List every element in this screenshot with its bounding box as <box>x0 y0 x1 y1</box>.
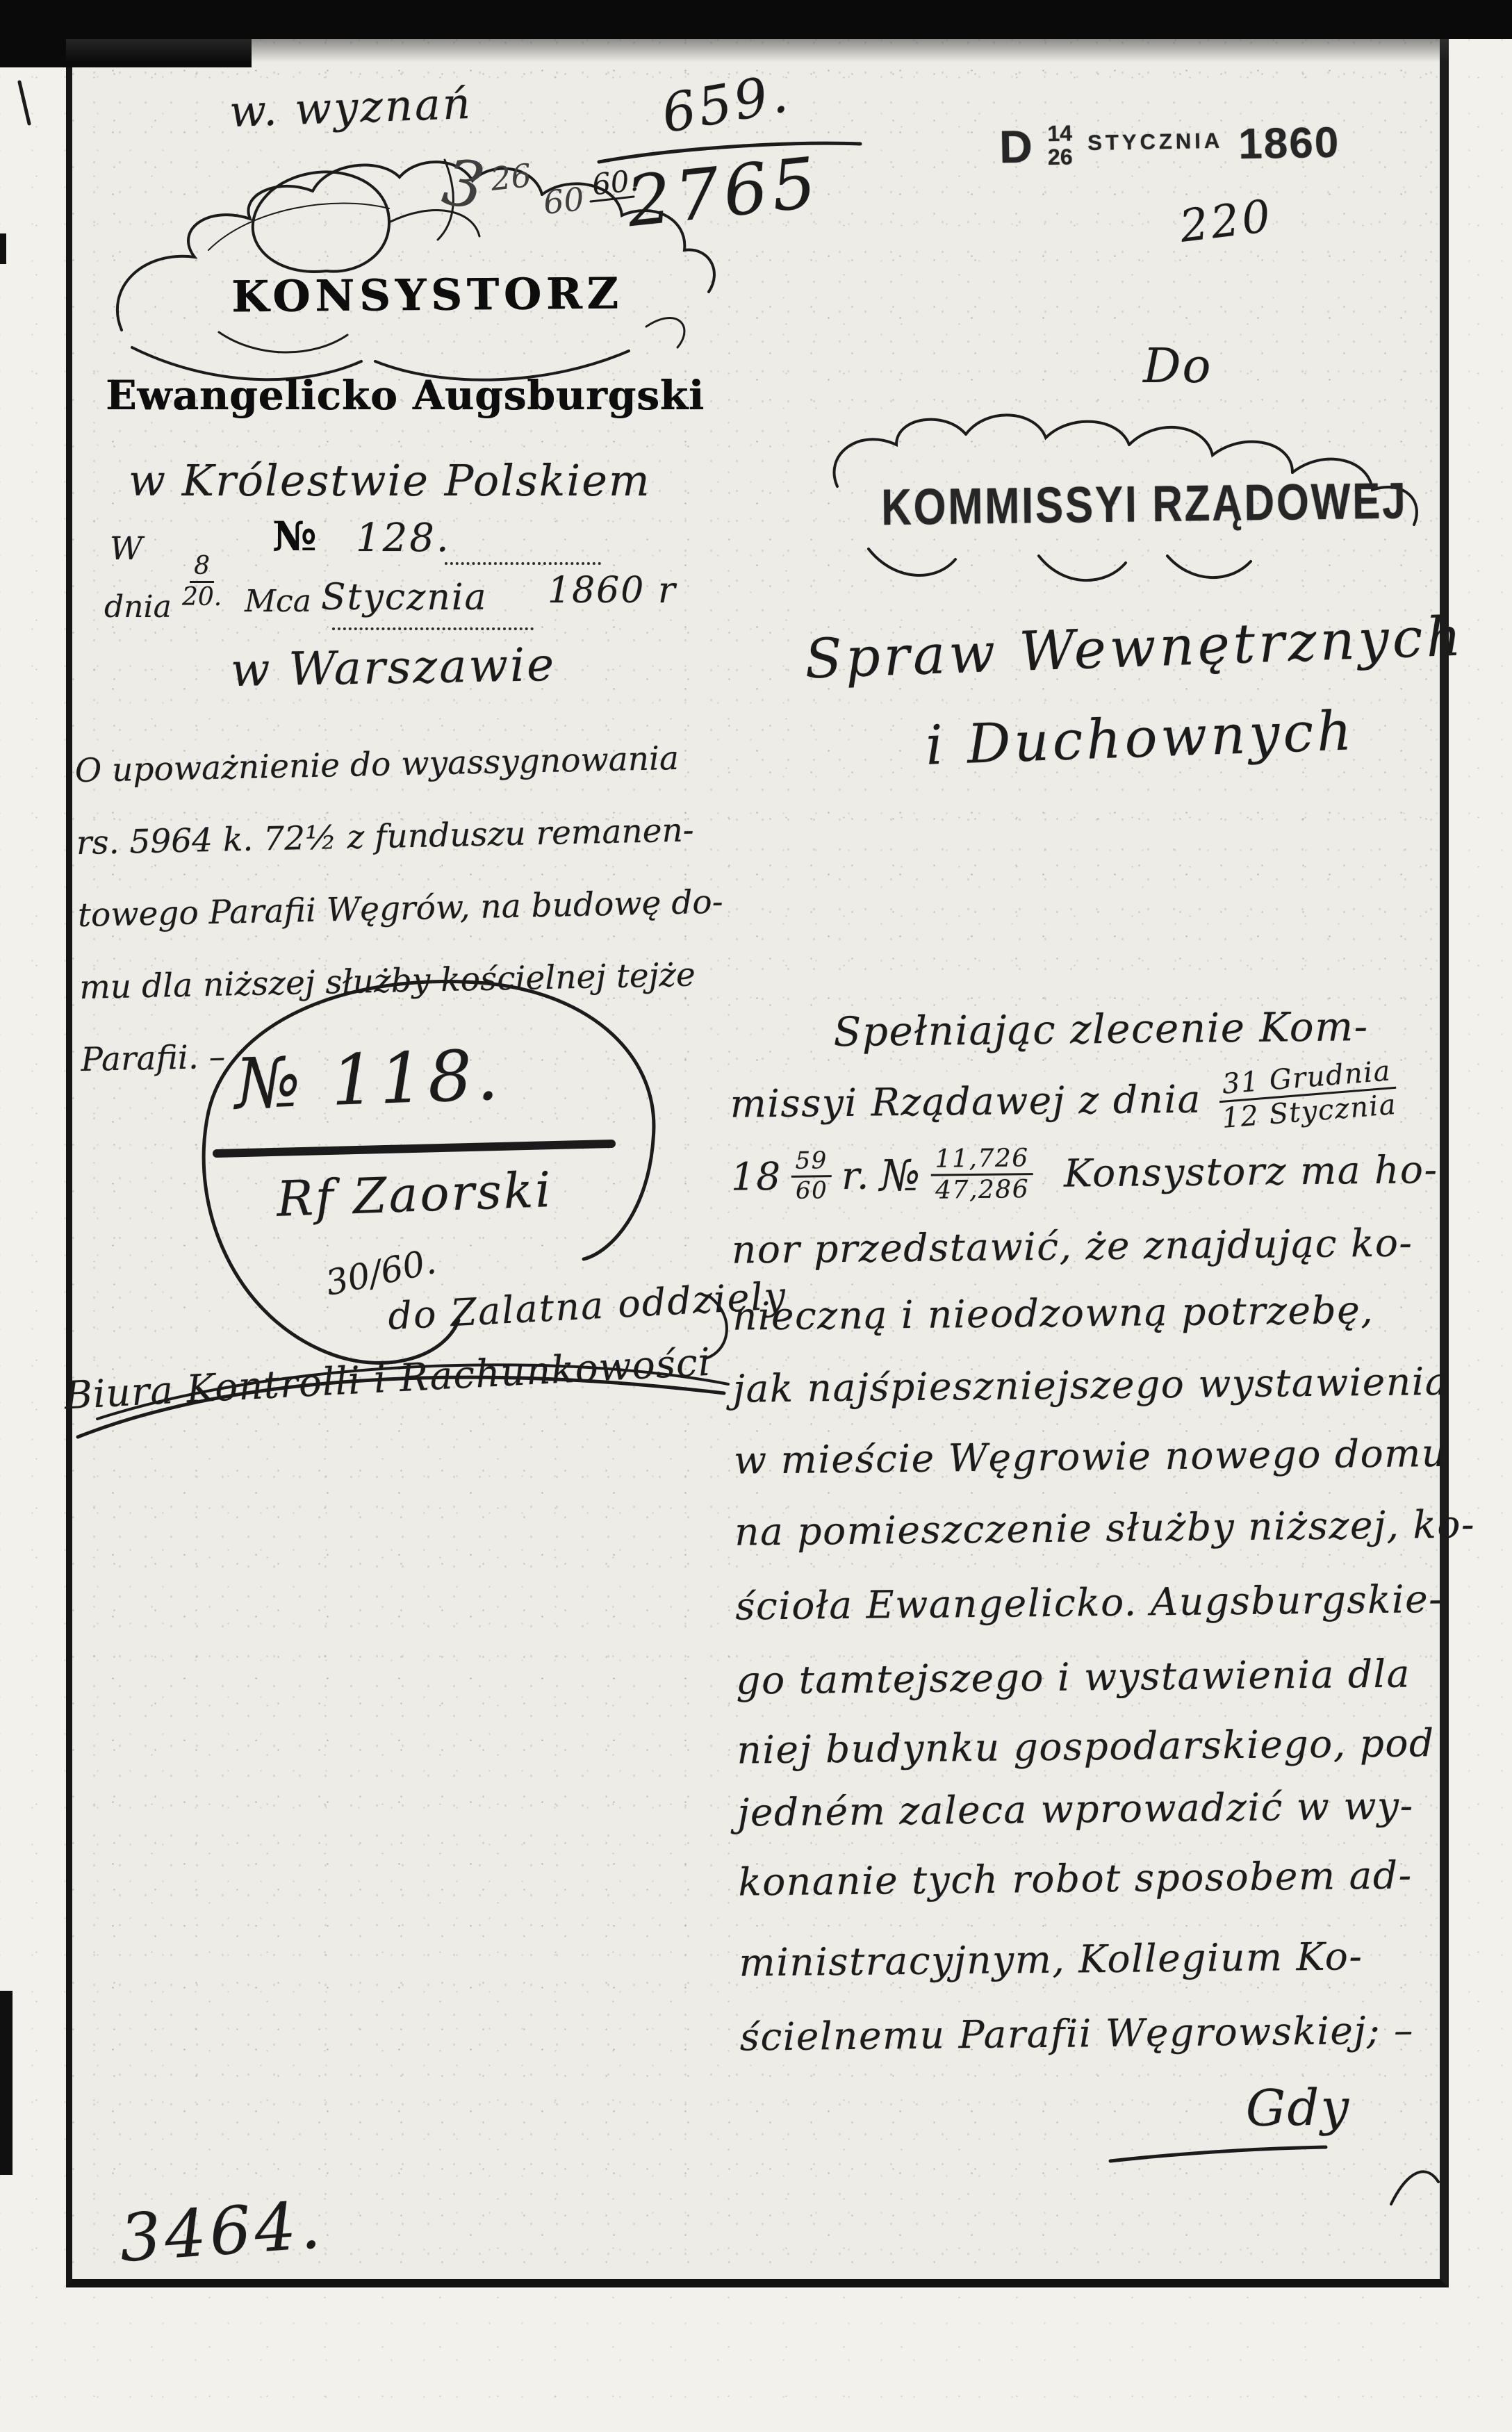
body-line: niej budynku gospodarskiego, pod <box>737 1720 1435 1773</box>
letterhead-org-name2: Ewangelicko Augsburgski <box>106 372 705 419</box>
stamp-month: STYCZNIA <box>1087 128 1224 155</box>
summary-line: O upoważnienie do wyassygnowania <box>74 721 743 807</box>
scan-top-shadow <box>66 39 1449 63</box>
body-line: missyi Rządawej z dnia 31 Grudnia 12 Sty… <box>730 1075 1397 1133</box>
receipt-date-stamp: D 14 26 STYCZNIA 1860 <box>999 114 1340 174</box>
summary-line: mu dla niższej służby kościelnej tejże <box>79 938 747 1024</box>
scan-left-edge-tick <box>0 233 6 264</box>
letterhead-no-value: 128. <box>356 516 451 561</box>
body-line: Spełniając zlecenie Kom- <box>833 1003 1369 1055</box>
addressee-org-stamp: KOMMISSYI RZĄDOWEJ <box>881 471 1408 536</box>
body-line: ministracyjnym, Kollegium Ko- <box>739 1934 1363 1985</box>
body-line: na pomieszczenie służby niższej, ko- <box>734 1502 1476 1554</box>
letterhead-no-dotline <box>445 561 601 565</box>
archival-note: w. wyznań <box>229 78 473 137</box>
year-new: 60 <box>796 1177 828 1203</box>
letterhead-date-pre: dnia <box>104 589 172 625</box>
year-old: 59 <box>791 1149 832 1177</box>
letterhead-w-mark: W <box>110 529 142 567</box>
body-date-fraction: 31 Grudnia 12 Stycznia <box>1217 1056 1399 1133</box>
catchword: Gdy <box>1245 2078 1350 2137</box>
body-year: 18 <box>730 1154 782 1199</box>
body-line: ścioła Ewangelicko. Augsburgskie- <box>735 1577 1443 1629</box>
body-line: konanie tych robot sposobem ad- <box>738 1852 1413 1904</box>
body-line: nieczną i nieodzowną potrzebę, <box>732 1288 1374 1339</box>
letterhead-date-day-old: 8 <box>190 553 214 583</box>
pencil-fraction-top: 26 <box>488 156 533 198</box>
body-number-fraction: 11,726 47,286 <box>930 1145 1033 1203</box>
body-line: go tamtejszego i wystawienia dla <box>736 1651 1411 1702</box>
stamp-day-fraction: 14 26 <box>1047 122 1073 169</box>
letterhead-date-mca: Mca <box>245 584 311 619</box>
body-no-sign: № <box>879 1150 921 1201</box>
letterhead-date-month: Stycznia <box>321 577 488 618</box>
scanned-document-page: { "colors":{"paper":"#edece7","outer":"#… <box>0 0 1512 2432</box>
body-line: w mieście Węgrowie nowego domu <box>734 1431 1447 1483</box>
letterhead-no-label: № <box>272 513 316 560</box>
summary-line: rs. 5964 k. 72½ z funduszu remanen- <box>76 794 744 880</box>
addressee-do: Do <box>1143 339 1212 394</box>
body-line: 18 59 60 r. № 11,726 47,286 Konsystorz m… <box>730 1141 1438 1206</box>
letterhead-place: w Warszawie <box>230 638 556 697</box>
pencil-fraction-bottom: 60 <box>541 180 586 222</box>
stamp-day-old: 14 <box>1047 122 1072 145</box>
stamp-year: 1860 <box>1238 118 1340 170</box>
summary-line: towego Parafii Węgrów, na budowę do- <box>77 866 746 952</box>
letterhead-org-name3: w Królestwie Polskiem <box>129 455 651 506</box>
body-line: jak najśpieszniejszego wystawienia <box>733 1359 1449 1411</box>
body-line: jedném zaleca wprowadzić w wy- <box>737 1783 1414 1834</box>
letterhead-month-dotline <box>332 627 534 630</box>
case-number: № 118. <box>233 1034 504 1124</box>
body-year-fraction: 59 60 <box>791 1149 832 1203</box>
number-top: 11,726 <box>930 1145 1033 1176</box>
footer-number: 3464. <box>117 2187 327 2277</box>
scan-left-edge-mark <box>0 1991 13 2175</box>
letterhead-date-day: 8 20. <box>182 553 222 611</box>
body-line3-text: Konsystorz ma ho- <box>1064 1147 1438 1196</box>
number-bottom: 47,286 <box>935 1175 1029 1203</box>
letterhead-org-name: KONSYSTORZ <box>231 268 623 322</box>
stamp-day-new: 26 <box>1048 145 1073 169</box>
letterhead-date-year: 1860 r <box>548 570 677 611</box>
letterhead-date-day-new: 20. <box>182 583 222 611</box>
clerk-signature: Rf Zaorski <box>276 1161 554 1228</box>
body-r-abbrev: r. <box>841 1153 870 1198</box>
body-line: ścielnemu Parafii Węgrowskiej; – <box>739 2007 1414 2059</box>
stamp-letter-d: D <box>999 120 1033 173</box>
body-line: nor przedstawić, że znajdując ko- <box>732 1220 1413 1272</box>
body-line2-text: missyi Rządawej z dnia <box>730 1077 1201 1126</box>
